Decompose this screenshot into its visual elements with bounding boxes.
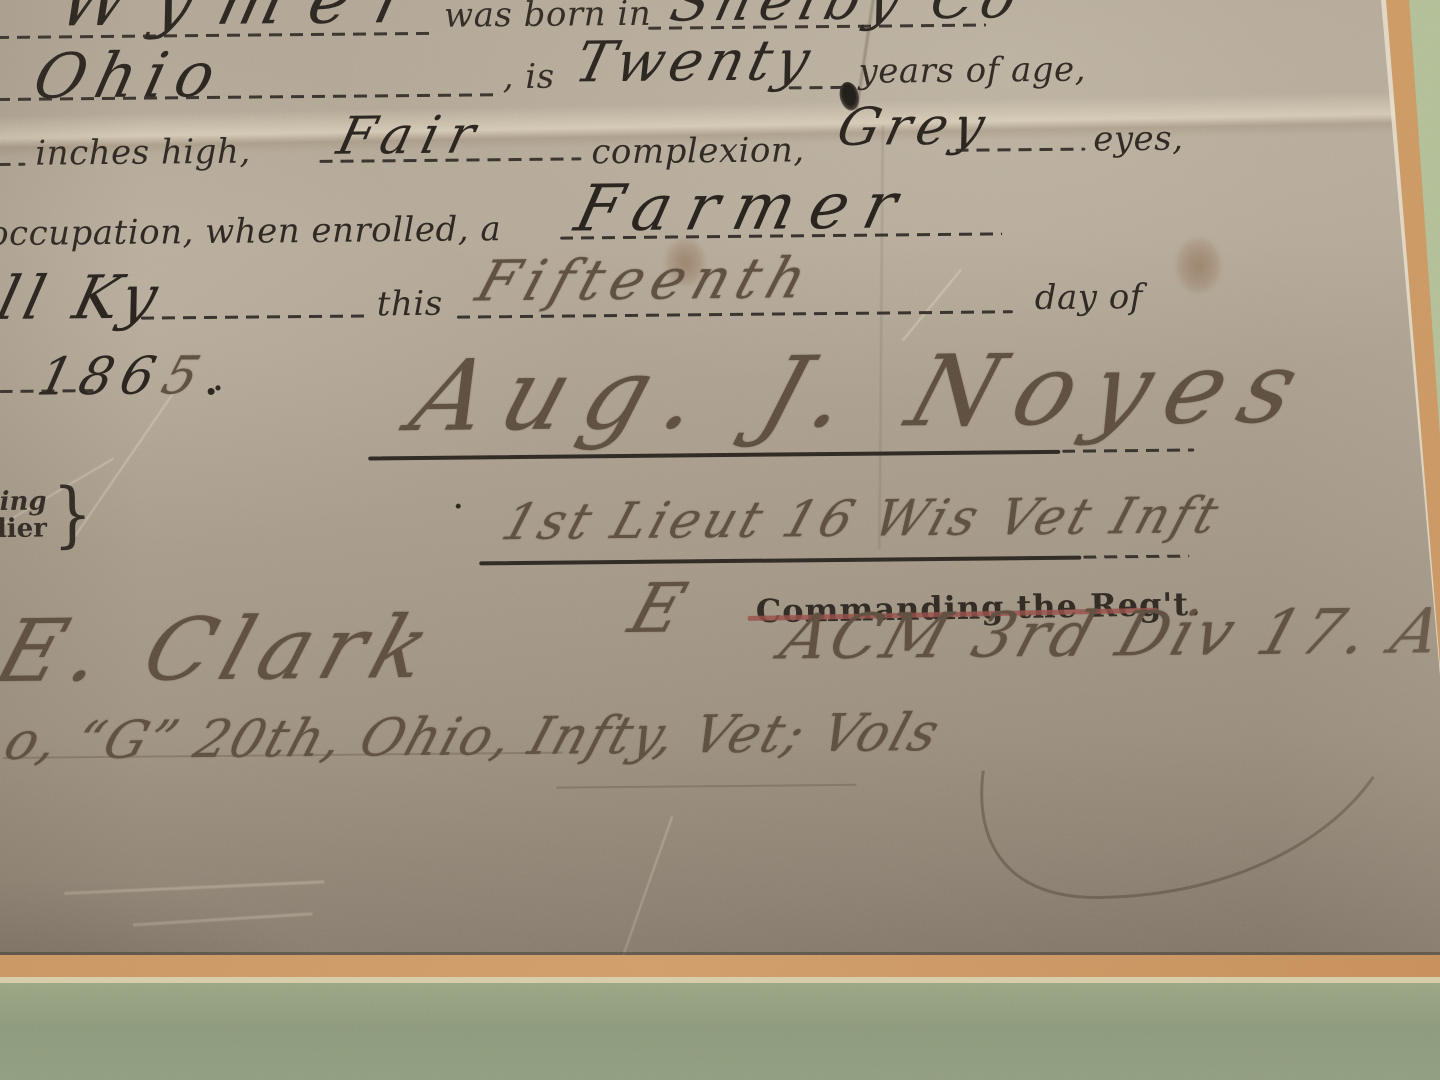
margin-print-line2: dier	[0, 514, 47, 545]
faint-pencil-rule	[556, 784, 856, 789]
rank-line-dashes	[1083, 555, 1189, 559]
printed-eyes: eyes,	[1093, 119, 1184, 160]
pen-flourish-tail	[963, 767, 1385, 951]
handwritten-age: Twenty	[569, 28, 821, 95]
paper-tilt-layer: Wymer was born in Shelby Co Ohio , is Tw…	[0, 0, 1440, 1080]
corps-annotation: ACM 3rd Div 17. AC	[772, 594, 1440, 674]
crease-line	[902, 269, 962, 341]
witness-unit-note: o, “G” 20th, Ohio, Infty, Vet; Vols	[0, 703, 948, 772]
officer-rank-unit: 1st Lieut 16 Wis Vet Inft	[495, 486, 1229, 551]
handwritten-year: 1865	[31, 346, 188, 407]
handwritten-place-fragment: ll Ky	[0, 262, 170, 334]
handwritten-flourish: E	[620, 569, 695, 649]
framed-document-photo: Wymer was born in Shelby Co Ohio , is Tw…	[0, 0, 1440, 1080]
handwritten-day-word: Fifteenth	[469, 246, 822, 314]
printed-day-of: day of	[1035, 277, 1143, 318]
signature-line-dashes	[1062, 449, 1194, 453]
blank-line	[0, 163, 25, 166]
officer-signature: Aug. J. Noyes	[398, 331, 1329, 454]
blank-line	[955, 148, 1085, 152]
ink-dot	[456, 504, 461, 509]
printed-complexion: complexion,	[591, 130, 805, 172]
handwritten-state: Ohio	[27, 38, 232, 113]
printed-inches-high: inches high,	[35, 132, 251, 174]
blank-line	[789, 86, 847, 90]
crease-line	[621, 816, 673, 958]
printed-this: this	[377, 284, 443, 325]
brown-stain	[1174, 236, 1223, 294]
printed-years-of-age: years of age,	[858, 50, 1086, 92]
printed-is: , is	[502, 57, 554, 97]
certificate-paper: Wymer was born in Shelby Co Ohio , is Tw…	[0, 0, 1440, 1080]
printed-period: .	[211, 354, 225, 400]
witness-signature: E. Clark	[0, 598, 451, 702]
printed-occupation: occupation, when enrolled, a	[0, 209, 501, 254]
blank-line	[141, 314, 367, 319]
rank-line	[479, 556, 1081, 566]
fiber-streak	[133, 912, 313, 926]
year-ink-part: 186	[32, 346, 170, 407]
margin-brace: }	[52, 472, 92, 556]
fiber-streak	[64, 880, 324, 895]
